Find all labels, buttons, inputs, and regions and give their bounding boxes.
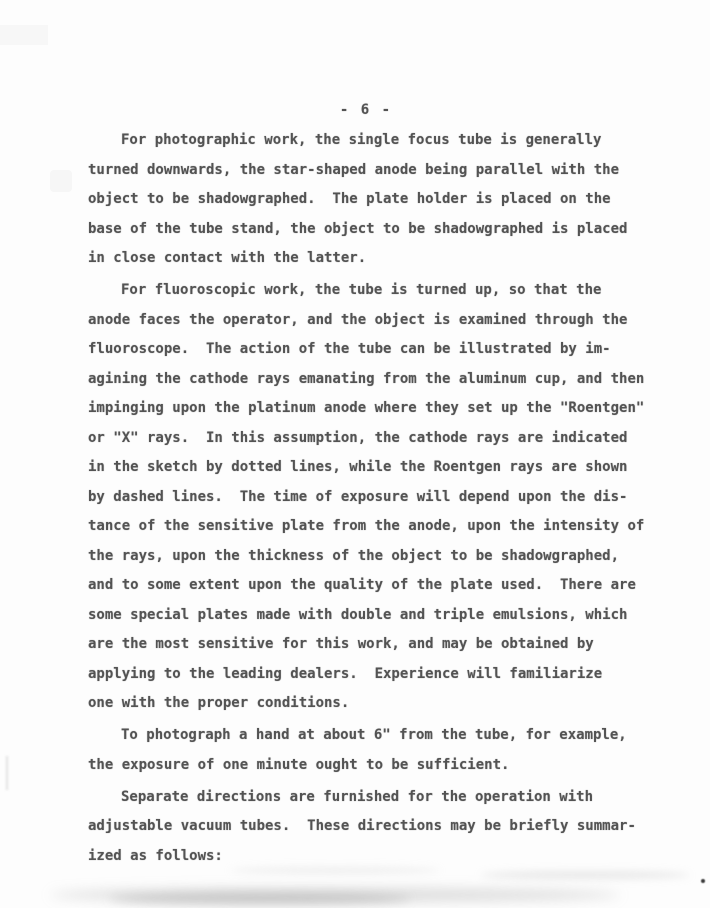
typewritten-line: To photograph a hand at about 6" from th… xyxy=(88,721,650,751)
typewritten-line: For photographic work, the single focus … xyxy=(88,126,650,156)
page-number: - 6 - xyxy=(88,101,644,119)
page-body: For photographic work, the single focus … xyxy=(88,126,650,871)
typewritten-line: turned downwards, the star-shaped anode … xyxy=(88,156,650,186)
typewritten-line: in the sketch by dotted lines, while the… xyxy=(88,453,650,483)
typewritten-line: For fluoroscopic work, the tube is turne… xyxy=(88,276,650,306)
typewritten-line: and to some extent upon the quality of t… xyxy=(88,571,650,601)
typewritten-line: ized as follows: xyxy=(88,842,650,872)
scan-mark-left-margin xyxy=(6,756,8,790)
typewritten-line: fluoroscope. The action of the tube can … xyxy=(88,335,650,365)
typewritten-line: some special plates made with double and… xyxy=(88,601,650,631)
typewritten-line: the rays, upon the thickness of the obje… xyxy=(88,542,650,572)
typewritten-line: the exposure of one minute ought to be s… xyxy=(88,751,650,781)
typewritten-line: agining the cathode rays emanating from … xyxy=(88,365,650,395)
scan-smudge-right xyxy=(480,871,690,879)
typewritten-line: anode faces the operator, and the object… xyxy=(88,306,650,336)
typewritten-line: Separate directions are furnished for th… xyxy=(88,783,650,813)
scan-blob-left xyxy=(50,170,72,192)
paragraph-separate-directions: Separate directions are furnished for th… xyxy=(88,783,650,872)
typewritten-line: or "X" rays. In this assumption, the cat… xyxy=(88,424,650,454)
typewritten-line: impinging upon the platinum anode where … xyxy=(88,394,650,424)
scanned-typewritten-page: - 6 - For photographic work, the single … xyxy=(0,0,710,908)
paragraph-fluoroscopic-work: For fluoroscopic work, the tube is turne… xyxy=(88,276,650,719)
typewritten-line: in close contact with the latter. xyxy=(88,244,650,274)
paragraph-exposure-example: To photograph a hand at about 6" from th… xyxy=(88,721,650,780)
typewritten-line: adjustable vacuum tubes. These direction… xyxy=(88,812,650,842)
typewritten-line: are the most sensitive for this work, an… xyxy=(88,630,650,660)
typewritten-line: object to be shadowgraphed. The plate ho… xyxy=(88,185,650,215)
scan-smudge-bottom xyxy=(50,888,620,902)
typewritten-line: by dashed lines. The time of exposure wi… xyxy=(88,483,650,513)
typewritten-line: base of the tube stand, the object to be… xyxy=(88,215,650,245)
scan-blob-top-left xyxy=(0,25,48,45)
scan-speck-bottom-right xyxy=(701,879,705,883)
scan-smudge-bottom-dark xyxy=(110,893,410,905)
typewritten-line: one with the proper conditions. xyxy=(88,689,650,719)
typewritten-line: tance of the sensitive plate from the an… xyxy=(88,512,650,542)
paragraph-photographic-work: For photographic work, the single focus … xyxy=(88,126,650,274)
typewritten-line: applying to the leading dealers. Experie… xyxy=(88,660,650,690)
